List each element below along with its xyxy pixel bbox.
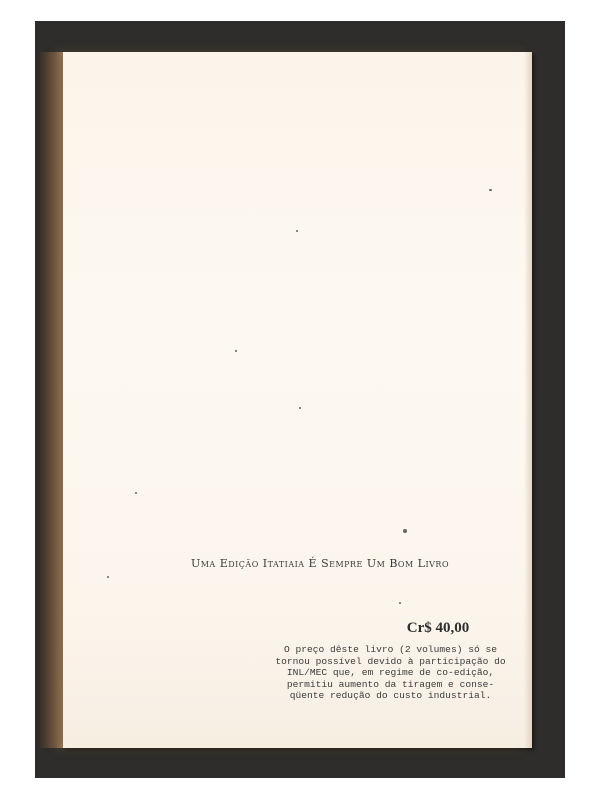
cover-speck xyxy=(235,350,237,352)
cover-speck xyxy=(296,230,298,232)
spine-shadow xyxy=(40,52,64,748)
cover-speck xyxy=(403,529,407,533)
cover-speck xyxy=(107,576,109,578)
cover-speck xyxy=(489,189,492,191)
book-price: Cr$ 40,00 xyxy=(363,620,513,637)
price-note: O preço dêste livro (2 volumes) só se to… xyxy=(263,644,518,702)
note-line: O preço dêste livro (2 volumes) só se xyxy=(263,644,518,656)
note-line: tornou possível devido à participação do xyxy=(263,656,518,668)
cover-speck xyxy=(135,492,137,494)
book-back-cover: Uma Edição Itatiaia É Sempre Um Bom Livr… xyxy=(63,52,532,748)
cover-speck xyxy=(399,602,401,604)
note-line: INL/MEC que, em regime de co-edição, xyxy=(263,667,518,679)
cover-speck xyxy=(299,407,301,409)
note-line: permitiu aumento da tiragem e conse- xyxy=(263,679,518,691)
publisher-tagline: Uma Edição Itatiaia É Sempre Um Bom Livr… xyxy=(170,557,470,570)
note-line: qüente redução do custo industrial. xyxy=(263,690,518,702)
